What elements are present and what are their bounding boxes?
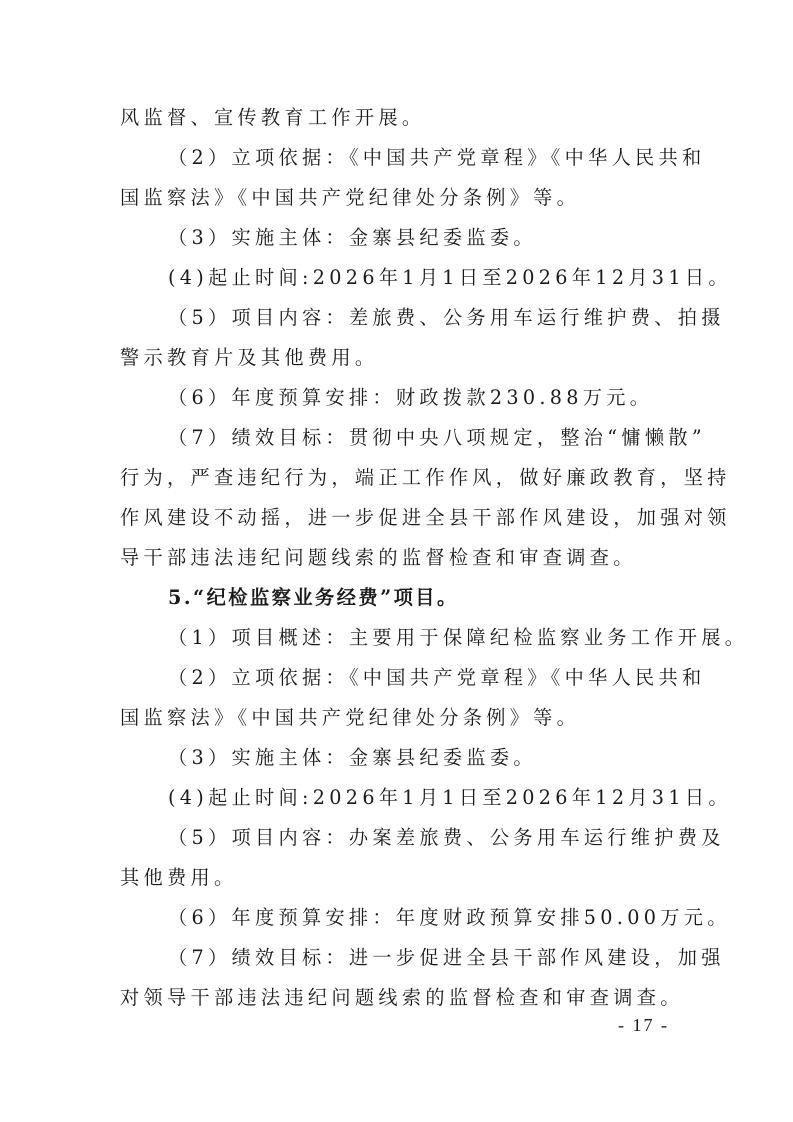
paragraph-line: （2）立项依据：《中国共产党章程》《中华人民共和 — [120, 662, 674, 702]
paragraph-line: 国监察法》《中国共产党纪律处分条例》等。 — [120, 182, 674, 222]
paragraph-line: （5）项目内容：办案差旅费、公务用车运行维护费及 — [120, 822, 674, 862]
paragraph-line: 对领导干部违法违纪问题线索的监督检查和审查调查。 — [120, 982, 674, 1022]
paragraph-line: （2）立项依据：《中国共产党章程》《中华人民共和 — [120, 142, 674, 182]
paragraph-line: （3）实施主体：金寨县纪委监委。 — [120, 222, 674, 262]
page-number: - 17 - — [618, 1015, 669, 1036]
paragraph-line: （1）项目概述：主要用于保障纪检监察业务工作开展。 — [120, 622, 674, 662]
paragraph-line: 导干部违法违纪问题线索的监督检查和审查调查。 — [120, 542, 674, 582]
paragraph-line: (4)起止时间:2026年1月1日至2026年12月31日。 — [120, 782, 674, 822]
paragraph-line: 作风建设不动摇，进一步促进全县干部作风建设，加强对领 — [120, 502, 674, 542]
paragraph-line: 行为，严查违纪行为，端正工作作风，做好廉政教育，坚持 — [120, 462, 674, 502]
paragraph-line: （3）实施主体：金寨县纪委监委。 — [120, 742, 674, 782]
paragraph-line: （5）项目内容：差旅费、公务用车运行维护费、拍摄 — [120, 302, 674, 342]
paragraph-line: 其他费用。 — [120, 862, 674, 902]
document-body: 风监督、宣传教育工作开展。 （2）立项依据：《中国共产党章程》《中华人民共和 国… — [120, 102, 674, 1022]
paragraph-line: （7）绩效目标：贯彻中央八项规定，整治“慵懒散” — [120, 422, 674, 462]
paragraph-line: 风监督、宣传教育工作开展。 — [120, 102, 674, 142]
paragraph-line: （7）绩效目标：进一步促进全县干部作风建设，加强 — [120, 942, 674, 982]
paragraph-line: （6）年度预算安排：财政拨款230.88万元。 — [120, 382, 674, 422]
paragraph-line: （6）年度预算安排：年度财政预算安排50.00万元。 — [120, 902, 674, 942]
paragraph-line: 警示教育片及其他费用。 — [120, 342, 674, 382]
paragraph-line: 国监察法》《中国共产党纪律处分条例》等。 — [120, 702, 674, 742]
section-heading: 5.“纪检监察业务经费”项目。 — [120, 582, 674, 622]
paragraph-line: (4)起止时间:2026年1月1日至2026年12月31日。 — [120, 262, 674, 302]
